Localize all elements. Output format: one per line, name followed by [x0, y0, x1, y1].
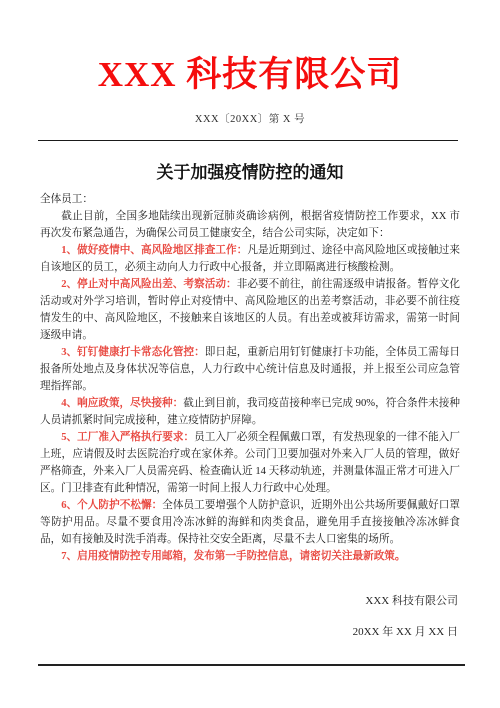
header-divider	[38, 140, 458, 141]
point-3-heading: 3、钉钉健康打卡常态化管控：	[61, 347, 205, 358]
signature-date: 20XX 年 XX 月 XX 日	[40, 617, 458, 648]
point-4-heading: 4、响应政策，尽快接种：	[61, 398, 183, 409]
notice-title: 关于加强疫情防控的通知	[40, 162, 460, 184]
document-number: XXX〔20XX〕第 X 号	[40, 113, 460, 126]
notice-point-7: 7、启用疫情防控专用邮箱，发布第一手防控信息，请密切关注最新政策。	[40, 548, 460, 565]
notice-point-6: 6、个人防护不松懈：全体员工要增强个人防护意识，近期外出公共场所要佩戴好口罩等防…	[40, 497, 460, 548]
signature-company: XXX 科技有限公司	[40, 586, 458, 617]
point-7-heading: 7、启用疫情防控专用邮箱，发布第一手防控信息，请密切关注最新政策。	[61, 551, 405, 562]
signature-block: XXX 科技有限公司 20XX 年 XX 月 XX 日	[40, 586, 460, 648]
company-title: XXX 科技有限公司	[40, 0, 460, 94]
point-5-heading: 5、工厂准入严格执行要求：	[61, 432, 194, 443]
notice-point-3: 3、钉钉健康打卡常态化管控：即日起，重新启用钉钉健康打卡功能，全体员工需每日报备…	[40, 344, 460, 395]
notice-point-5: 5、工厂准入严格执行要求：员工入厂必须全程佩戴口罩，有发热现象的一律不能入厂上班…	[40, 429, 460, 497]
notice-point-2: 2、停止对中高风险出差、考察活动：非必要不前往，前往需逐级申请报备。暂停文化活动…	[40, 276, 460, 344]
footer-divider	[38, 664, 465, 666]
point-6-heading: 6、个人防护不松懈：	[61, 500, 162, 511]
notice-body: 全体员工： 截止目前，全国多地陆续出现新冠肺炎确诊病例，根据省疫情防控工作要求，…	[40, 191, 460, 565]
intro-paragraph: 截止目前，全国多地陆续出现新冠肺炎确诊病例，根据省疫情防控工作要求，XX 市再次…	[40, 208, 460, 242]
salutation: 全体员工：	[40, 191, 460, 208]
point-1-heading: 1、做好疫情中、高风险地区排查工作：	[61, 245, 247, 256]
notice-point-4: 4、响应政策，尽快接种：截止到目前，我司疫苗接种率已完成 90%，符合条件未接种…	[40, 395, 460, 429]
notice-point-1: 1、做好疫情中、高风险地区排查工作：凡是近期到过、途径中高风险地区或接触过来自该…	[40, 242, 460, 276]
point-2-heading: 2、停止对中高风险出差、考察活动：	[61, 279, 237, 290]
document-page: XXX 科技有限公司 XXX〔20XX〕第 X 号 关于加强疫情防控的通知 全体…	[0, 0, 500, 708]
